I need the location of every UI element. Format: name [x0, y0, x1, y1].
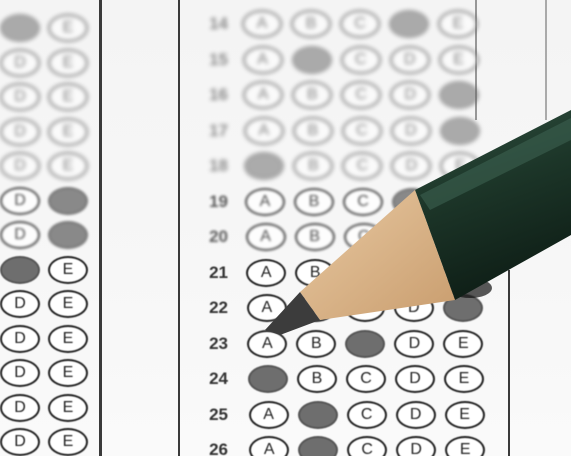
answer-bubble: E	[48, 14, 88, 42]
question-number: 22	[200, 298, 228, 318]
column-divider	[545, 0, 547, 120]
answer-bubble: D	[0, 83, 40, 111]
question-number: 25	[200, 405, 228, 425]
answer-bubble: D	[0, 118, 40, 146]
answer-bubble: D	[0, 221, 40, 249]
answer-bubble: C	[347, 436, 387, 456]
answer-bubble: E	[444, 365, 484, 393]
question-number: 23	[200, 334, 228, 354]
answer-bubble: D	[389, 10, 429, 38]
answer-bubble: D	[0, 428, 40, 456]
answer-bubble: A	[243, 46, 283, 74]
answer-bubble: A	[249, 401, 289, 429]
answer-bubble: E	[48, 428, 88, 456]
photo-scene: DEDEDEDEDEDEDEDEDEDEDEDEDE 14ABCDE15ABCD…	[0, 0, 571, 456]
answer-bubble: D	[0, 49, 40, 77]
answer-bubble: B	[296, 294, 336, 322]
answer-bubble: E	[442, 259, 482, 287]
answer-bubble: A	[244, 117, 284, 145]
answer-bubble: E	[441, 188, 481, 216]
answer-bubble: A	[244, 152, 284, 180]
answer-bubble: B	[298, 401, 338, 429]
answer-bubble: C	[341, 81, 381, 109]
answer-bubble: D	[0, 14, 40, 42]
answer-bubble: E	[48, 394, 88, 422]
answer-bubble: C	[347, 401, 387, 429]
answer-bubble: A	[246, 223, 286, 251]
answer-bubble: B	[296, 330, 336, 358]
answer-bubble: C	[341, 46, 381, 74]
answer-bubble: C	[343, 188, 383, 216]
answer-bubble: A	[246, 259, 286, 287]
answer-bubble: E	[48, 290, 88, 318]
question-number: 21	[200, 263, 228, 283]
answer-bubble: A	[247, 294, 287, 322]
answer-bubble: D	[391, 152, 431, 180]
answer-bubble: B	[295, 223, 335, 251]
question-number: 18	[200, 156, 228, 176]
answer-bubble: D	[0, 290, 40, 318]
answer-bubble: A	[249, 436, 289, 456]
answer-bubble: E	[48, 325, 88, 353]
answer-bubble: E	[440, 117, 480, 145]
answer-bubble: D	[394, 294, 434, 322]
answer-bubble: D	[390, 81, 430, 109]
answer-bubble: C	[344, 259, 384, 287]
answer-bubble: E	[442, 223, 482, 251]
question-number: 17	[200, 121, 228, 141]
answer-bubble: D	[393, 223, 433, 251]
question-number: 20	[200, 227, 228, 247]
answer-bubble: A	[247, 330, 287, 358]
question-number: 16	[200, 85, 228, 105]
answer-bubble: E	[443, 330, 483, 358]
answer-bubble: D	[0, 325, 40, 353]
question-number: 19	[200, 192, 228, 212]
answer-bubble: C	[342, 152, 382, 180]
answer-bubble: C	[345, 330, 385, 358]
answer-bubble: B	[294, 188, 334, 216]
answer-bubble: B	[291, 10, 331, 38]
answer-bubble: E	[438, 10, 478, 38]
answer-bubble: B	[295, 259, 335, 287]
answer-bubble: B	[293, 117, 333, 145]
answer-bubble: C	[345, 294, 385, 322]
answer-bubble: E	[48, 49, 88, 77]
answer-bubble: D	[391, 117, 431, 145]
answer-bubble: E	[443, 294, 483, 322]
answer-bubble: E	[439, 46, 479, 74]
answer-bubble: E	[440, 152, 480, 180]
answer-bubble: A	[243, 81, 283, 109]
answer-bubble: D	[394, 330, 434, 358]
question-number: 15	[200, 50, 228, 70]
answer-bubble: E	[48, 152, 88, 180]
answer-bubble: D	[0, 187, 40, 215]
answer-bubble: D	[0, 256, 40, 284]
answer-bubble: E	[48, 187, 88, 215]
answer-bubble: D	[0, 152, 40, 180]
answer-bubble: C	[344, 223, 384, 251]
answer-bubble: A	[248, 365, 288, 393]
answer-bubble: D	[0, 394, 40, 422]
answer-bubble: C	[346, 365, 386, 393]
answer-bubble: B	[297, 365, 337, 393]
answer-bubble: E	[445, 401, 485, 429]
answer-bubble: B	[292, 46, 332, 74]
question-number: 24	[200, 369, 228, 389]
answer-bubble: E	[48, 359, 88, 387]
answer-bubble: C	[340, 10, 380, 38]
question-number: 26	[200, 440, 228, 456]
column-divider	[178, 0, 180, 456]
answer-bubble: D	[390, 46, 430, 74]
answer-bubble: B	[292, 81, 332, 109]
answer-bubble: B	[298, 436, 338, 456]
answer-bubble: C	[342, 117, 382, 145]
answer-bubble: B	[293, 152, 333, 180]
answer-bubble: E	[48, 83, 88, 111]
answer-bubble: D	[396, 401, 436, 429]
answer-bubble: A	[242, 10, 282, 38]
answer-bubble: E	[48, 118, 88, 146]
answer-bubble: E	[48, 221, 88, 249]
answer-bubble: D	[0, 359, 40, 387]
answer-bubble: D	[395, 365, 435, 393]
question-number: 14	[200, 14, 228, 34]
answer-bubble: D	[392, 188, 432, 216]
answer-bubble: D	[393, 259, 433, 287]
column-divider	[508, 270, 510, 456]
answer-bubble: E	[445, 436, 485, 456]
answer-bubble: D	[396, 436, 436, 456]
answer-bubble: A	[245, 188, 285, 216]
answer-bubble: E	[48, 256, 88, 284]
column-divider	[99, 0, 102, 456]
answer-bubble: E	[439, 81, 479, 109]
